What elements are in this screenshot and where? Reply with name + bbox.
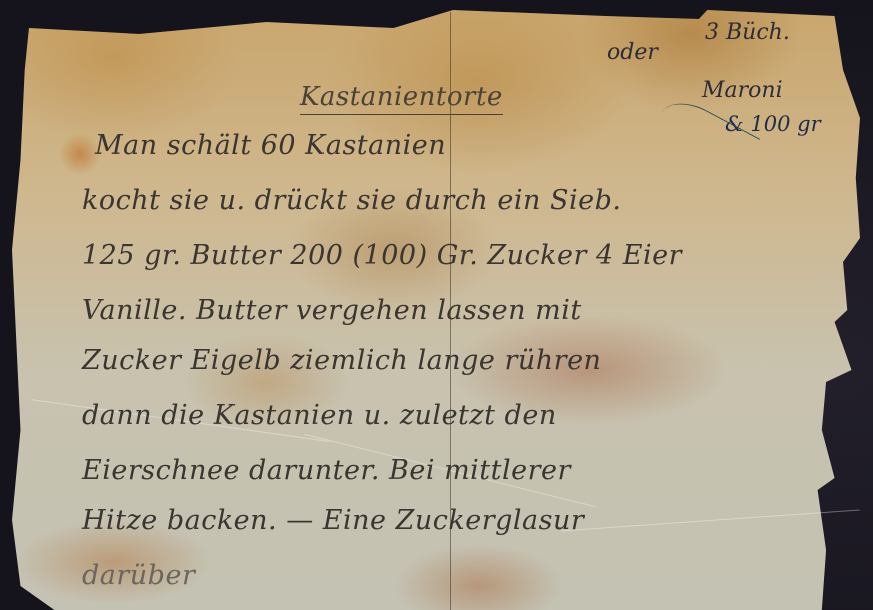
margin-note-line1: 3 Büch.	[705, 20, 790, 45]
recipe-line: kocht sie u. drückt sie durch ein Sieb.	[82, 185, 621, 216]
recipe-line: Vanille. Butter vergehen lassen mit	[82, 295, 582, 326]
recipe-line: Eierschnee darunter. Bei mittlerer	[82, 455, 571, 486]
margin-note-line2: Maroni	[702, 78, 783, 103]
recipe-line: dann die Kastanien u. zuletzt den	[82, 400, 557, 431]
recipe-title: Kastanientorte	[300, 82, 503, 115]
recipe-line: darüber	[82, 560, 195, 591]
recipe-line: Zucker Eigelb ziemlich lange rühren	[82, 345, 601, 376]
margin-note-oder: oder	[607, 40, 658, 65]
recipe-line: Man schält 60 Kastanien	[95, 130, 446, 161]
recipe-line: 125 gr. Butter 200 (100) Gr. Zucker 4 Ei…	[82, 240, 682, 271]
recipe-line: Hitze backen. — Eine Zuckerglasur	[82, 505, 584, 536]
